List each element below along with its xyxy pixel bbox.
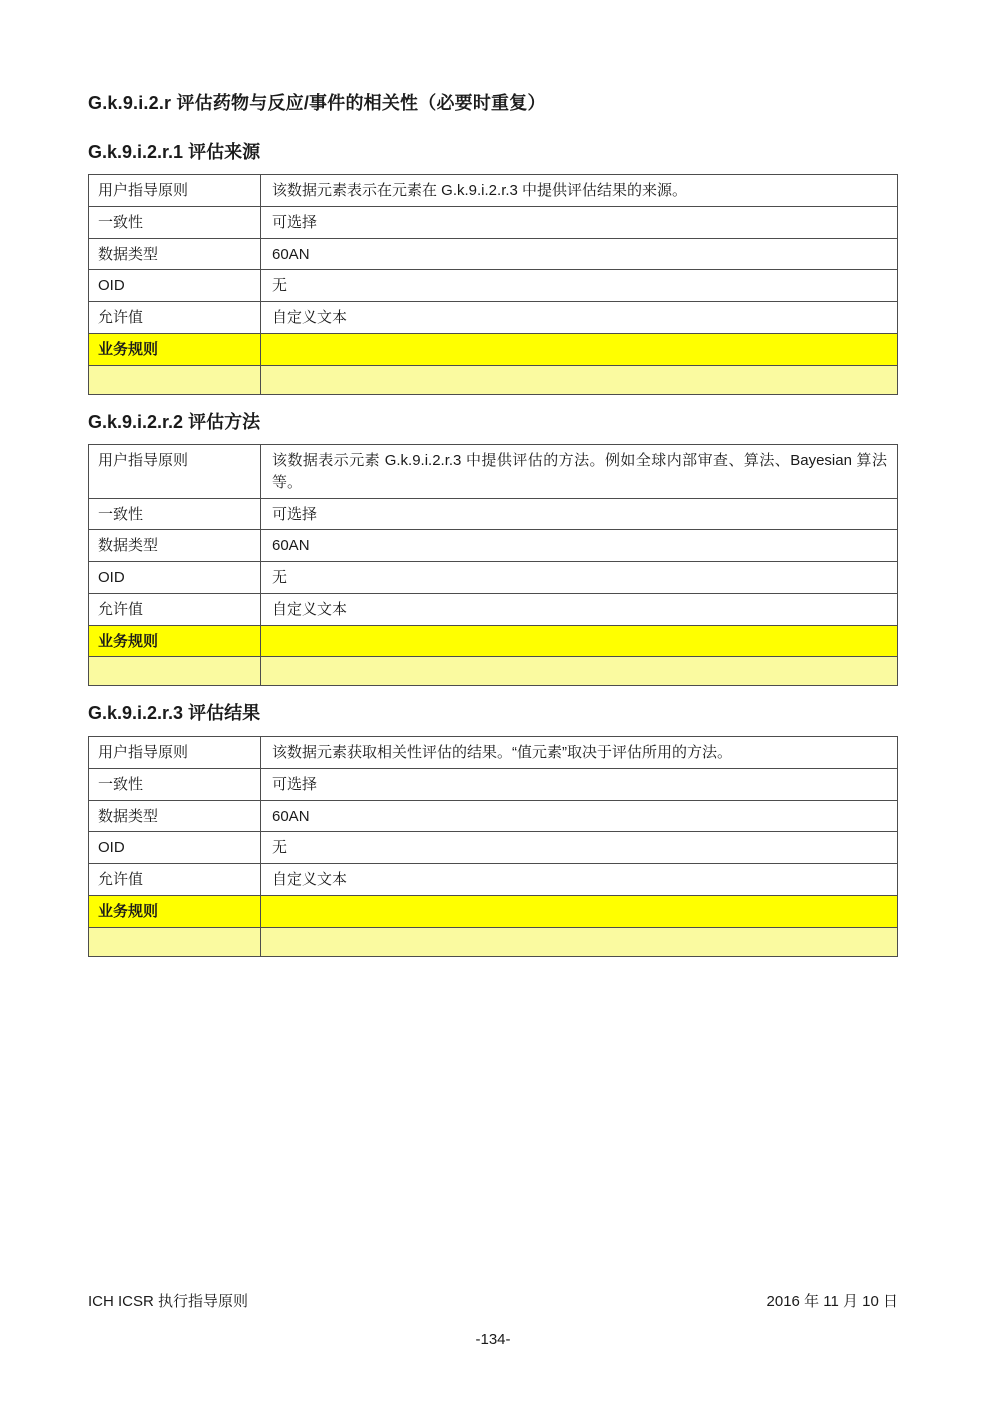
row-label: 数据类型 (89, 238, 261, 270)
row-label: 用户指导原则 (89, 175, 261, 207)
table-row: OID无 (89, 562, 898, 594)
row-label: 一致性 (89, 206, 261, 238)
table-row: 数据类型60AN (89, 800, 898, 832)
row-label: 业务规则 (89, 625, 261, 657)
row-label: OID (89, 832, 261, 864)
row-label: OID (89, 562, 261, 594)
row-value: 无 (261, 562, 898, 594)
table-row: OID无 (89, 270, 898, 302)
row-value: 无 (261, 270, 898, 302)
row-label (89, 927, 261, 956)
footer-right-date: 2016 年 11 月 10 日 (767, 1292, 898, 1312)
page-number: -134- (88, 1331, 898, 1348)
row-value: 该数据表示元素 G.k.9.i.2.r.3 中提供评估的方法。例如全球内部审查、… (261, 445, 898, 499)
row-value: 自定义文本 (261, 593, 898, 625)
row-label: 允许值 (89, 593, 261, 625)
row-value: 可选择 (261, 498, 898, 530)
row-value (261, 927, 898, 956)
table-row: 数据类型60AN (89, 238, 898, 270)
main-title: G.k.9.i.2.r 评估药物与反应/事件的相关性（必要时重复） (88, 92, 898, 115)
spec-section: G.k.9.i.2.r.1 评估来源用户指导原则该数据元素表示在元素在 G.k.… (88, 142, 898, 395)
row-label: 业务规则 (89, 333, 261, 365)
spec-section: G.k.9.i.2.r.2 评估方法用户指导原则该数据表示元素 G.k.9.i.… (88, 412, 898, 687)
table-row (89, 927, 898, 956)
row-label: 用户指导原则 (89, 445, 261, 499)
table-row (89, 365, 898, 394)
section-heading: G.k.9.i.2.r.1 评估来源 (88, 142, 898, 164)
row-label: 用户指导原则 (89, 737, 261, 769)
table-row (89, 657, 898, 686)
table-row: 用户指导原则该数据元素获取相关性评估的结果。“值元素”取决于评估所用的方法。 (89, 737, 898, 769)
row-value: 60AN (261, 800, 898, 832)
table-row: 允许值自定义文本 (89, 864, 898, 896)
table-row: 业务规则 (89, 333, 898, 365)
row-label: OID (89, 270, 261, 302)
row-value: 自定义文本 (261, 302, 898, 334)
row-value (261, 625, 898, 657)
spec-table: 用户指导原则该数据元素表示在元素在 G.k.9.i.2.r.3 中提供评估结果的… (88, 174, 898, 395)
table-row: 用户指导原则该数据表示元素 G.k.9.i.2.r.3 中提供评估的方法。例如全… (89, 445, 898, 499)
table-row: 允许值自定义文本 (89, 593, 898, 625)
row-value: 可选择 (261, 206, 898, 238)
row-label: 数据类型 (89, 530, 261, 562)
row-value (261, 895, 898, 927)
row-value: 无 (261, 832, 898, 864)
table-row: 数据类型60AN (89, 530, 898, 562)
table-row: 用户指导原则该数据元素表示在元素在 G.k.9.i.2.r.3 中提供评估结果的… (89, 175, 898, 207)
table-row: 业务规则 (89, 625, 898, 657)
row-label: 业务规则 (89, 895, 261, 927)
spec-table: 用户指导原则该数据元素获取相关性评估的结果。“值元素”取决于评估所用的方法。一致… (88, 736, 898, 957)
row-value: 自定义文本 (261, 864, 898, 896)
table-row: 一致性可选择 (89, 206, 898, 238)
table-row: 一致性可选择 (89, 768, 898, 800)
row-label (89, 365, 261, 394)
document-page: G.k.9.i.2.r 评估药物与反应/事件的相关性（必要时重复） G.k.9.… (0, 0, 1000, 1414)
footer: ICH ICSR 执行指导原则 2016 年 11 月 10 日 (88, 1292, 898, 1312)
row-value (261, 657, 898, 686)
sections-container: G.k.9.i.2.r.1 评估来源用户指导原则该数据元素表示在元素在 G.k.… (88, 142, 898, 957)
table-row: OID无 (89, 832, 898, 864)
table-row: 允许值自定义文本 (89, 302, 898, 334)
row-value (261, 333, 898, 365)
row-label: 数据类型 (89, 800, 261, 832)
row-label: 允许值 (89, 302, 261, 334)
row-value: 可选择 (261, 768, 898, 800)
section-heading: G.k.9.i.2.r.3 评估结果 (88, 703, 898, 725)
footer-left-text: ICH ICSR 执行指导原则 (88, 1292, 248, 1312)
row-label: 允许值 (89, 864, 261, 896)
spec-section: G.k.9.i.2.r.3 评估结果用户指导原则该数据元素获取相关性评估的结果。… (88, 703, 898, 956)
row-label (89, 657, 261, 686)
table-row: 一致性可选择 (89, 498, 898, 530)
row-label: 一致性 (89, 768, 261, 800)
row-value: 60AN (261, 530, 898, 562)
row-value: 60AN (261, 238, 898, 270)
row-label: 一致性 (89, 498, 261, 530)
document-content: G.k.9.i.2.r 评估药物与反应/事件的相关性（必要时重复） G.k.9.… (88, 92, 898, 957)
row-value (261, 365, 898, 394)
row-value: 该数据元素获取相关性评估的结果。“值元素”取决于评估所用的方法。 (261, 737, 898, 769)
table-row: 业务规则 (89, 895, 898, 927)
section-heading: G.k.9.i.2.r.2 评估方法 (88, 412, 898, 434)
spec-table: 用户指导原则该数据表示元素 G.k.9.i.2.r.3 中提供评估的方法。例如全… (88, 444, 898, 686)
row-value: 该数据元素表示在元素在 G.k.9.i.2.r.3 中提供评估结果的来源。 (261, 175, 898, 207)
